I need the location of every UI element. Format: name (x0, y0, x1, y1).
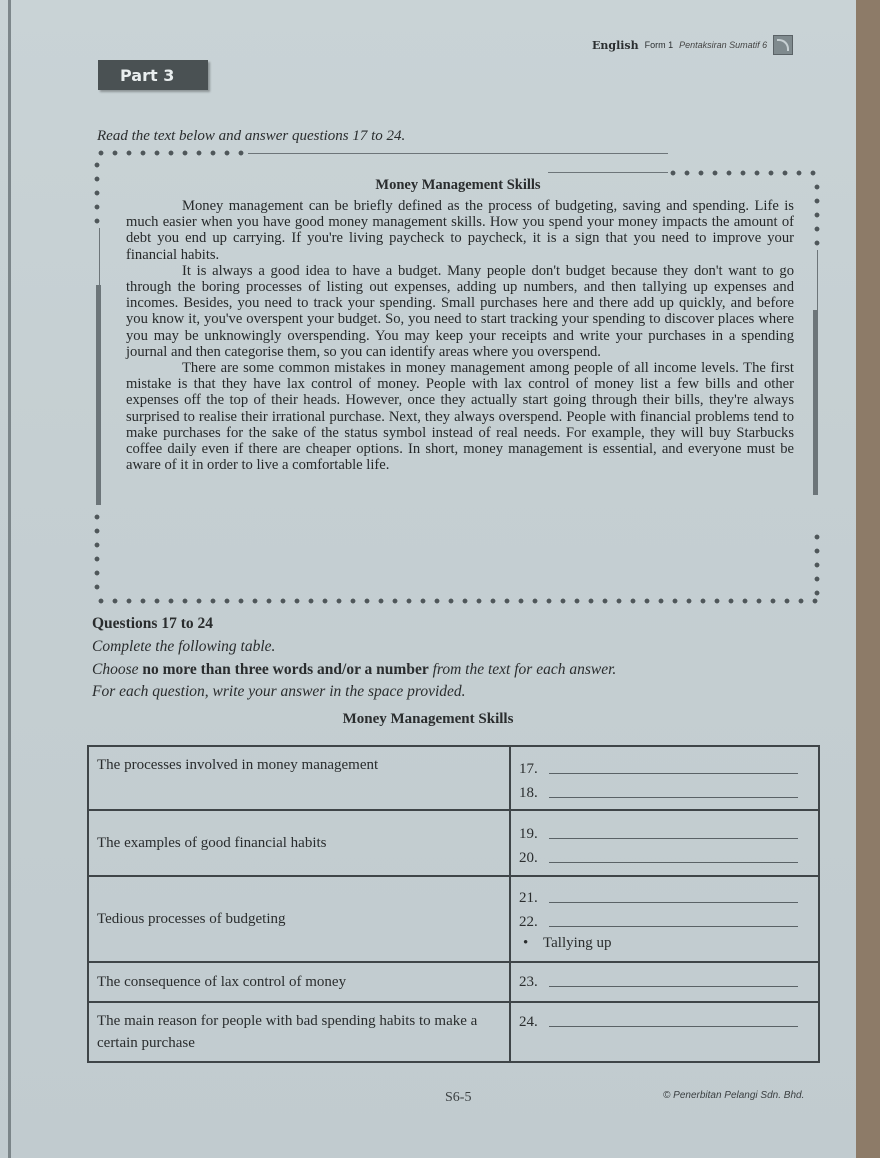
part-badge: Part 3 (98, 60, 208, 90)
answer-19[interactable]: 19. (519, 819, 810, 843)
answer-table: The processes involved in money manageme… (87, 745, 820, 1063)
answer-blank[interactable] (549, 902, 798, 903)
copyright: © Penerbitan Pelangi Sdn. Bhd. (663, 1090, 804, 1101)
instr-post: from the text for each answer. (429, 661, 617, 678)
instr-pre: Choose (92, 661, 142, 678)
table-row: The examples of good financial habits 19… (88, 810, 819, 876)
row-answers: 19. 20. (510, 810, 819, 876)
question-number: 20. (519, 850, 549, 867)
border-bar (96, 285, 101, 505)
table-row: Tedious processes of budgeting 21. 22. •… (88, 876, 819, 962)
answer-blank[interactable] (549, 838, 798, 839)
bullet-icon: • (523, 935, 543, 952)
instr-bold: no more than three words and/or a number (142, 661, 428, 678)
header-form: Form 1 (645, 40, 674, 50)
border-line (99, 228, 100, 285)
passage-box: Money Management Skills Money management… (98, 150, 818, 605)
question-number: 23. (519, 974, 549, 991)
answer-blank[interactable] (549, 797, 798, 798)
passage-paragraph-2: It is always a good idea to have a budge… (126, 263, 794, 360)
row-answers: 21. 22. •Tallying up (510, 876, 819, 962)
passage-paragraph-1: Money management can be briefly defined … (126, 198, 794, 263)
background-surface (856, 0, 880, 1158)
question-number: 24. (519, 1014, 549, 1031)
given-answer: •Tallying up (519, 931, 810, 955)
row-description: The consequence of lax control of money (88, 962, 510, 1002)
answer-blank[interactable] (549, 986, 798, 987)
decorative-dots (814, 530, 820, 600)
question-number: 21. (519, 890, 549, 907)
questions-instruction-1: Complete the following table. (92, 638, 275, 656)
row-description: The processes involved in money manageme… (88, 746, 510, 810)
passage-paragraph-3: There are some common mistakes in money … (126, 360, 794, 473)
questions-heading: Questions 17 to 24 (92, 615, 213, 633)
row-answers: 17. 18. (510, 746, 819, 810)
row-description: The examples of good financial habits (88, 810, 510, 876)
table-row: The processes involved in money manageme… (88, 746, 819, 810)
running-header: English Form 1 Pentaksiran Sumatif 6 (592, 35, 793, 55)
answer-blank[interactable] (549, 773, 798, 774)
header-subject: English (592, 39, 639, 52)
answer-20[interactable]: 20. (519, 843, 810, 867)
table-row: The main reason for people with bad spen… (88, 1002, 819, 1062)
passage-title: Money Management Skills (98, 177, 818, 194)
answer-blank[interactable] (549, 926, 798, 927)
row-answers: 23. (510, 962, 819, 1002)
reading-instruction: Read the text below and answer questions… (97, 128, 405, 145)
answer-23[interactable]: 23. (519, 967, 810, 991)
border-bar (813, 310, 818, 495)
question-number: 22. (519, 914, 549, 931)
border-line (548, 172, 668, 173)
questions-instruction-3: For each question, write your answer in … (92, 683, 466, 701)
question-number: 17. (519, 761, 549, 778)
answer-blank[interactable] (549, 1026, 798, 1027)
table-title: Money Management Skills (0, 711, 856, 728)
decorative-dots (666, 170, 820, 176)
question-number: 18. (519, 785, 549, 802)
given-answer-text: Tallying up (543, 935, 612, 952)
border-line (817, 250, 818, 310)
answer-21[interactable]: 21. (519, 883, 810, 907)
row-description: Tedious processes of budgeting (88, 876, 510, 962)
decorative-dots (94, 598, 820, 604)
row-answers: 24. (510, 1002, 819, 1062)
answer-blank[interactable] (549, 862, 798, 863)
publisher-logo-icon (773, 35, 793, 55)
table-row: The consequence of lax control of money … (88, 962, 819, 1002)
worksheet-page: English Form 1 Pentaksiran Sumatif 6 Par… (0, 0, 856, 1158)
decorative-dots (94, 150, 250, 156)
answer-18[interactable]: 18. (519, 778, 810, 802)
answer-24[interactable]: 24. (519, 1007, 810, 1031)
answer-22[interactable]: 22. (519, 907, 810, 931)
question-number: 19. (519, 826, 549, 843)
page-number: S6-5 (445, 1090, 471, 1106)
row-description: The main reason for people with bad spen… (88, 1002, 510, 1062)
header-assessment: Pentaksiran Sumatif 6 (679, 40, 767, 50)
decorative-dots (94, 510, 100, 590)
binding-edge (8, 0, 11, 1158)
border-line (248, 153, 668, 154)
answer-17[interactable]: 17. (519, 754, 810, 778)
passage-body: Money management can be briefly defined … (126, 198, 794, 473)
questions-instruction-2: Choose no more than three words and/or a… (92, 661, 616, 679)
